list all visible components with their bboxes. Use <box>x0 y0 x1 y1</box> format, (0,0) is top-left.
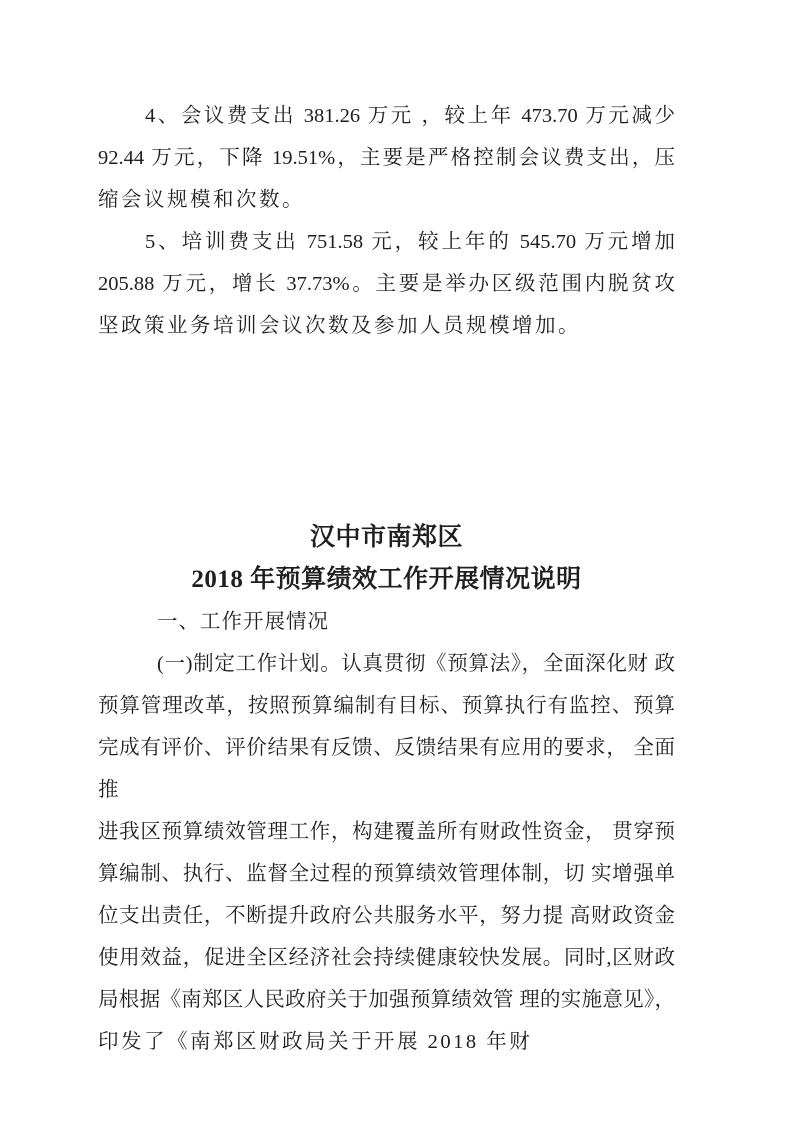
text-line: 使用效益，促进全区经济社会持续健康较快发展。同时,区财政 <box>98 937 675 979</box>
text-line: 92.44 万元，下降 19.51%，主要是严格控制会议费支出，压 <box>98 137 675 179</box>
text-line: 进我区预算绩效管理工作，构建覆盖所有财政性资金， 贯穿预 <box>98 811 675 853</box>
title-block: 汉中市南郑区 2018 年预算绩效工作开展情况说明 <box>98 517 675 601</box>
text-line: 205.88 万元，增长 37.73%。主要是举办区级范围内脱贫攻 <box>98 263 675 305</box>
document-content: 4、会议费支出 381.26 万元 ，较上年 473.70 万元减少92.44 … <box>0 0 793 1063</box>
document-page: 4、会议费支出 381.26 万元 ，较上年 473.70 万元减少92.44 … <box>0 0 793 1122</box>
text-line: 5、培训费支出 751.58 元，较上年的 545.70 万元增加 <box>98 221 675 263</box>
section-heading: 一、工作开展情况 <box>98 601 675 643</box>
text-line: (一)制定工作计划。认真贯彻《预算法》，全面深化财 政 <box>98 643 675 685</box>
document-title-subject: 2018 年预算绩效工作开展情况说明 <box>98 559 675 601</box>
text-line: 位支出责任，不断提升政府公共服务水平，努力提 高财政资金 <box>98 895 675 937</box>
text-line: 预算管理改革，按照预算编制有目标、预算执行有监控、预算 <box>98 685 675 727</box>
text-line: 坚政策业务培训会议次数及参加人员规模增加。 <box>98 305 675 347</box>
text-line: 算编制、执行、监督全过程的预算绩效管理体制，切 实增强单 <box>98 853 675 895</box>
text-line: 完成有评价、评价结果有反馈、反馈结果有应用的要求， 全面推 <box>98 727 675 811</box>
expense-paragraph-meetings: 4、会议费支出 381.26 万元 ，较上年 473.70 万元减少92.44 … <box>98 95 675 221</box>
document-title-region: 汉中市南郑区 <box>98 517 675 559</box>
work-plan-paragraph: (一)制定工作计划。认真贯彻《预算法》，全面深化财 政预算管理改革，按照预算编制… <box>98 643 675 1063</box>
expense-paragraph-training: 5、培训费支出 751.58 元，较上年的 545.70 万元增加205.88 … <box>98 221 675 347</box>
text-line: 局根据《南郑区人民政府关于加强预算绩效管 理的实施意见》， <box>98 979 675 1021</box>
text-line: 缩会议规模和次数。 <box>98 179 675 221</box>
text-line: 4、会议费支出 381.26 万元 ，较上年 473.70 万元减少 <box>98 95 675 137</box>
text-line: 印发了《南郑区财政局关于开展 2018 年财 <box>98 1021 675 1063</box>
